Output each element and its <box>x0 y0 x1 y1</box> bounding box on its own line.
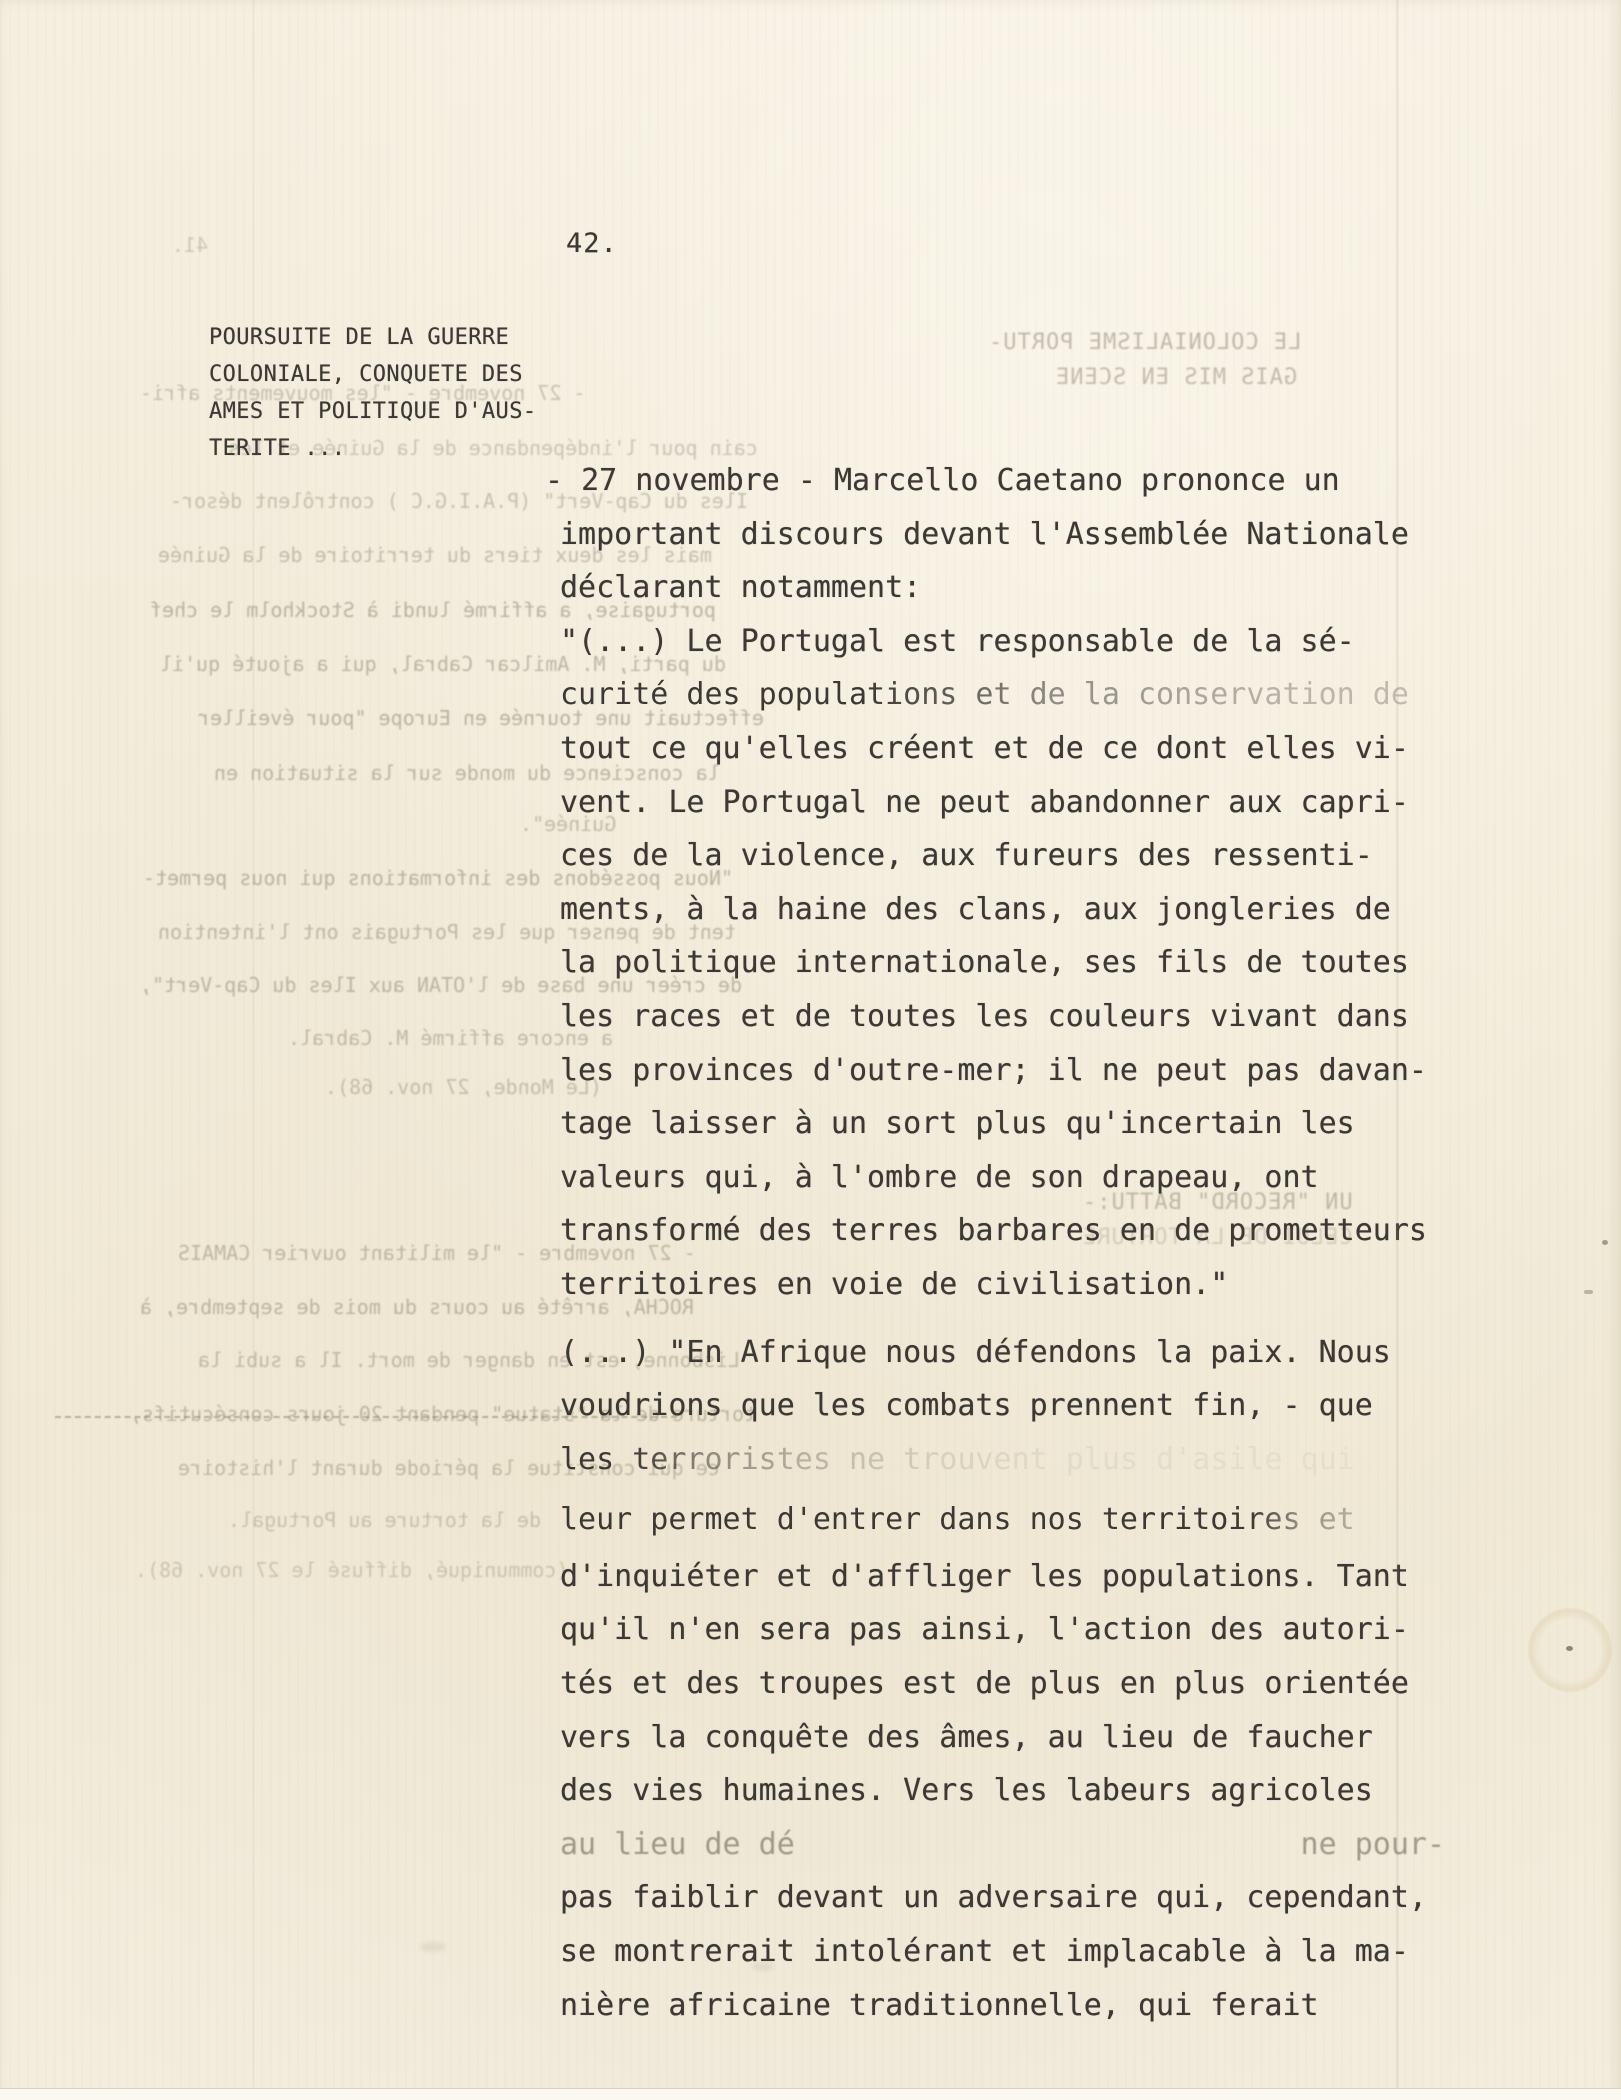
bleedthrough-line: LE COLONIALISME PORTU- <box>988 330 1301 355</box>
paper-smudge <box>420 1942 446 1952</box>
page-number: 42. <box>566 228 618 259</box>
body-text-line: "(...) Le Portugal est responsable de la… <box>560 615 1460 669</box>
body-text-line: les provinces d'outre-mer; il ne peut pa… <box>560 1044 1460 1098</box>
body-text-line: la politique internationale, ses fils de… <box>560 936 1460 990</box>
margin-heading: POURSUITE DE LA GUERRECOLONIALE, CONQUET… <box>209 319 536 467</box>
margin-heading-line: AMES ET POLITIQUE D'AUS- <box>209 393 536 430</box>
bleedthrough-line: (communiqué, diffusé le 27 nov. 68). <box>135 1558 568 1582</box>
paper-smudge-2 <box>752 1962 774 1971</box>
margin-heading-line: POURSUITE DE LA GUERRE <box>209 319 536 356</box>
body-text-line: au lieu de dé ne pour- <box>560 1818 1460 1872</box>
vertical-crease-faint <box>252 0 255 2100</box>
bleedthrough-line: de la torture au Portugal. <box>228 1508 541 1532</box>
body-text-line: (...) "En Afrique nous défendons la paix… <box>560 1326 1460 1380</box>
body-text-line: leur permet d'entrer dans nos territoire… <box>560 1493 1460 1547</box>
body-text-line: territoires en voie de civilisation." <box>560 1258 1460 1312</box>
bleedthrough-line: 41. <box>172 233 208 257</box>
body-text-line: ces de la violence, aux fureurs des ress… <box>560 829 1460 883</box>
body-text-line: nière africaine traditionnelle, qui fera… <box>560 1979 1460 2033</box>
body-text-line: pas faiblir devant un adversaire qui, ce… <box>560 1871 1460 1925</box>
body-text-line: vent. Le Portugal ne peut abandonner aux… <box>560 776 1460 830</box>
body-text-line: valeurs qui, à l'ombre de son drapeau, o… <box>560 1151 1460 1205</box>
body-text-line: d'inquiéter et d'affliger les population… <box>560 1550 1460 1604</box>
scan-bottom-edge <box>0 2088 1621 2100</box>
body-text-line: déclarant notamment: <box>560 561 1460 615</box>
body-text-column: - 27 novembre - Marcello Caetano prononc… <box>560 454 1460 2032</box>
body-text-line: tés et des troupes est de plus en plus o… <box>560 1657 1460 1711</box>
body-text-line: les terroristes ne trouvent plus d'asile… <box>560 1433 1460 1487</box>
body-text-line: des vies humaines. Vers les labeurs agri… <box>560 1764 1460 1818</box>
bleedthrough-line: GAIS MIS EN SCENE <box>1055 365 1297 390</box>
body-text-line: curité des populations et de la conserva… <box>560 668 1460 722</box>
text-segment: leur permet d'entrer dans nos territoire… <box>560 1502 1355 1537</box>
scanned-typewritten-page: 41.- 27 novembre - "les mouvements afri-… <box>0 0 1621 2100</box>
ink-speck <box>1602 1240 1608 1245</box>
text-segment: les terroristes ne trouvent plus d'asile… <box>560 1442 1355 1477</box>
body-text-line: vers la conquête des âmes, au lieu de fa… <box>560 1711 1460 1765</box>
body-text-line: se montrerait intolérant et implacable à… <box>560 1925 1460 1979</box>
text-segment: curité des populations et de la conserva… <box>560 677 1409 712</box>
body-text-line: transformé des terres barbares en de pro… <box>560 1204 1460 1258</box>
body-text-line: - 27 novembre - Marcello Caetano prononc… <box>560 454 1460 508</box>
text-segment: au lieu de dé ne pour- <box>560 1827 1445 1862</box>
ink-speck-small <box>1584 1290 1593 1294</box>
margin-heading-line: TERITE ... <box>209 430 536 467</box>
body-text-line: les races et de toutes les couleurs viva… <box>560 990 1460 1044</box>
stain-center-speck <box>1566 1646 1573 1651</box>
body-text-line: tout ce qu'elles créent et de ce dont el… <box>560 722 1460 776</box>
body-text-line: ments, à la haine des clans, aux jongler… <box>560 883 1460 937</box>
body-text-line: qu'il n'en sera pas ainsi, l'action des … <box>560 1603 1460 1657</box>
margin-heading-line: COLONIALE, CONQUETE DES <box>209 356 536 393</box>
body-text-line: voudrions que les combats prennent fin, … <box>560 1379 1460 1433</box>
body-text-line: important discours devant l'Assemblée Na… <box>560 508 1460 562</box>
body-text-line: tage laisser à un sort plus qu'incertain… <box>560 1097 1460 1151</box>
